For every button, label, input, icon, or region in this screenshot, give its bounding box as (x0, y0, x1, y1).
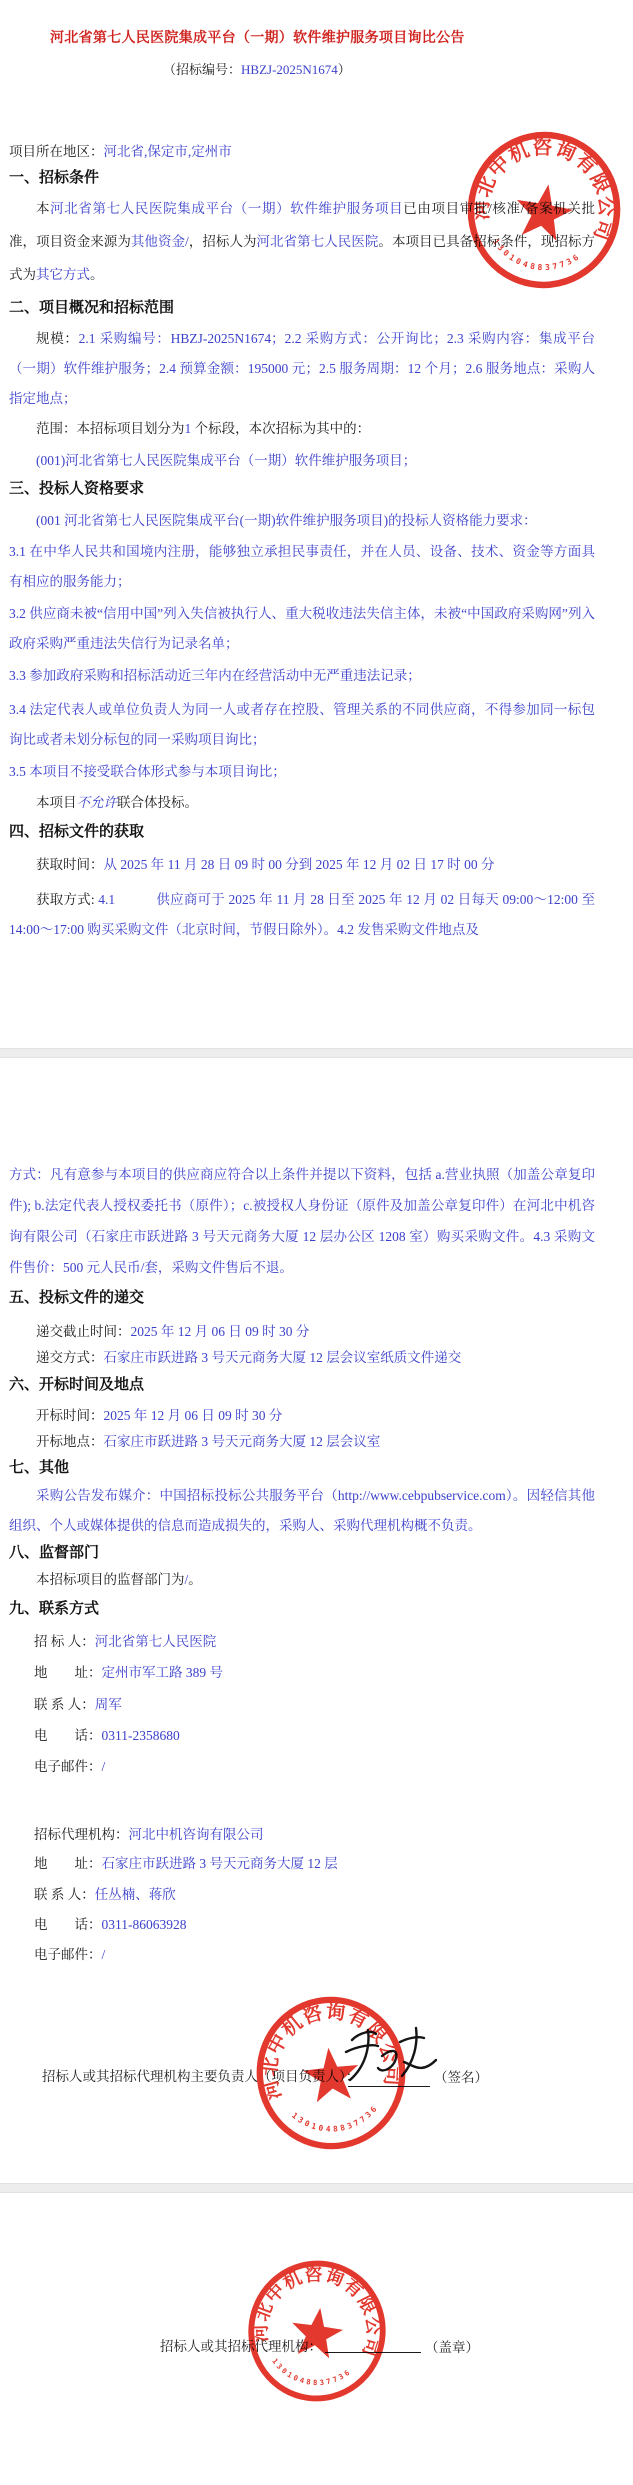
page-break-divider-1 (0, 1048, 633, 1058)
document-page: 河北省第七人民医院集成平台（一期）软件维护服务项目询比公告 （招标编号：HBZJ… (0, 0, 633, 2485)
section-heading-7: 七、其他 (9, 1456, 69, 1477)
contact-agency-address: 地 址：石家庄市跃进路 3 号天元商务大厦 12 层 (34, 1849, 594, 1879)
para-scope: 范围：本招标项目划分为1 个标段，本次招标为其中的： (9, 414, 595, 444)
contact-agency-email: 电子邮件：/ (34, 1940, 594, 1970)
section-heading-9: 九、联系方式 (9, 1597, 99, 1618)
para-scale: 规模：2.1 采购编号：HBZJ-2025N1674；2.2 采购方式：公开询比… (9, 324, 595, 414)
seal-star-icon (301, 2045, 362, 2103)
para-qualification-intro: (001 河北省第七人民医院集成平台(一期)软件维护服务项目)的投标人资格能力要… (9, 506, 595, 536)
para-obtain-method-cont: 方式：凡有意参与本项目的供应商应符合以上条件并提以下资料，包括 a.营业执照（加… (9, 1159, 595, 1283)
para-media: 采购公告发布媒介：中国招标投标公共服务平台（http://www.cebpubs… (9, 1481, 595, 1541)
seal-star-icon (288, 2304, 346, 2360)
section-heading-6: 六、开标时间及地点 (9, 1373, 144, 1394)
contact-agency-phone: 电 话：0311-86063928 (34, 1910, 594, 1940)
para-qual-3-5: 3.5 本项目不接受联合体形式参与本项目询比； (9, 757, 595, 787)
contact-tenderer-person: 联 系 人：周军 (34, 1690, 594, 1720)
para-supervision: 本招标项目的监督部门为/。 (9, 1565, 595, 1595)
contact-agency: 招标代理机构：河北中机咨询有限公司 (34, 1820, 594, 1850)
para-qual-3-3: 3.3 参加政府采购和招标活动近三年内在经营活动中无严重违法记录； (9, 661, 595, 691)
contact-tenderer-address: 地 址：定州市军工路 389 号 (34, 1658, 594, 1688)
para-lot-001: (001)河北省第七人民医院集成平台（一期）软件维护服务项目； (9, 446, 595, 476)
stamp-label: （盖章） (425, 2336, 479, 2356)
para-qual-3-1: 3.1 在中华人民共和国境内注册，能够独立承担民事责任，并在人员、设备、技术、资… (9, 537, 595, 597)
section-heading-8: 八、监督部门 (9, 1541, 99, 1562)
section-heading-4: 四、招标文件的获取 (9, 820, 144, 841)
contact-tenderer: 招 标 人：河北省第七人民医院 (34, 1627, 594, 1657)
para-open-place: 开标地点：石家庄市跃进路 3 号天元商务大厦 12 层会议室 (9, 1427, 595, 1457)
para-obtain-method: 获取方式: 4.1 供应商可于 2025 年 11 月 28 日至 2025 年… (9, 885, 595, 945)
para-obtain-time: 获取时间：从 2025 年 11 月 28 日 09 时 00 分到 2025 … (9, 850, 595, 880)
section-heading-2: 二、项目概况和招标范围 (9, 296, 174, 317)
section-heading-3: 三、投标人资格要求 (9, 477, 144, 498)
tender-number-line: （招标编号：HBZJ-2025N1674） (163, 59, 351, 78)
contact-tenderer-email: 电子邮件：/ (34, 1752, 594, 1782)
para-no-consortium: 本项目不允许联合体投标。 (9, 788, 595, 818)
sign-label: （签名） (434, 2066, 488, 2086)
company-seal-signature: 河北中机咨询有限公司 1301048837736 (245, 1985, 417, 2160)
company-seal-bottom: 河北中机咨询有限公司 1301048837736 (235, 2243, 400, 2420)
contact-tenderer-phone: 电 话：0311-2358680 (34, 1721, 594, 1751)
page-title: 河北省第七人民医院集成平台（一期）软件维护服务项目询比公告 (50, 27, 465, 47)
company-seal-top: 河北中机咨询有限公司 1301048837736 (451, 117, 633, 302)
para-qual-3-4: 3.4 法定代表人或单位负责人为同一人或者存在控股、管理关系的不同供应商，不得参… (9, 695, 595, 755)
contact-agency-person: 联 系 人：任丛楠、蒋欣 (34, 1880, 594, 1910)
section-heading-1: 一、招标条件 (9, 166, 99, 187)
seal-star-icon (511, 179, 577, 242)
para-submit-method: 递交方式：石家庄市跃进路 3 号天元商务大厦 12 层会议室纸质文件递交 (9, 1343, 595, 1373)
page-break-divider-2 (0, 2183, 633, 2193)
para-qual-3-2: 3.2 供应商未被“信用中国”列入失信被执行人、重大税收违法失信主体，未被“中国… (9, 599, 595, 659)
section-heading-5: 五、投标文件的递交 (9, 1286, 144, 1307)
